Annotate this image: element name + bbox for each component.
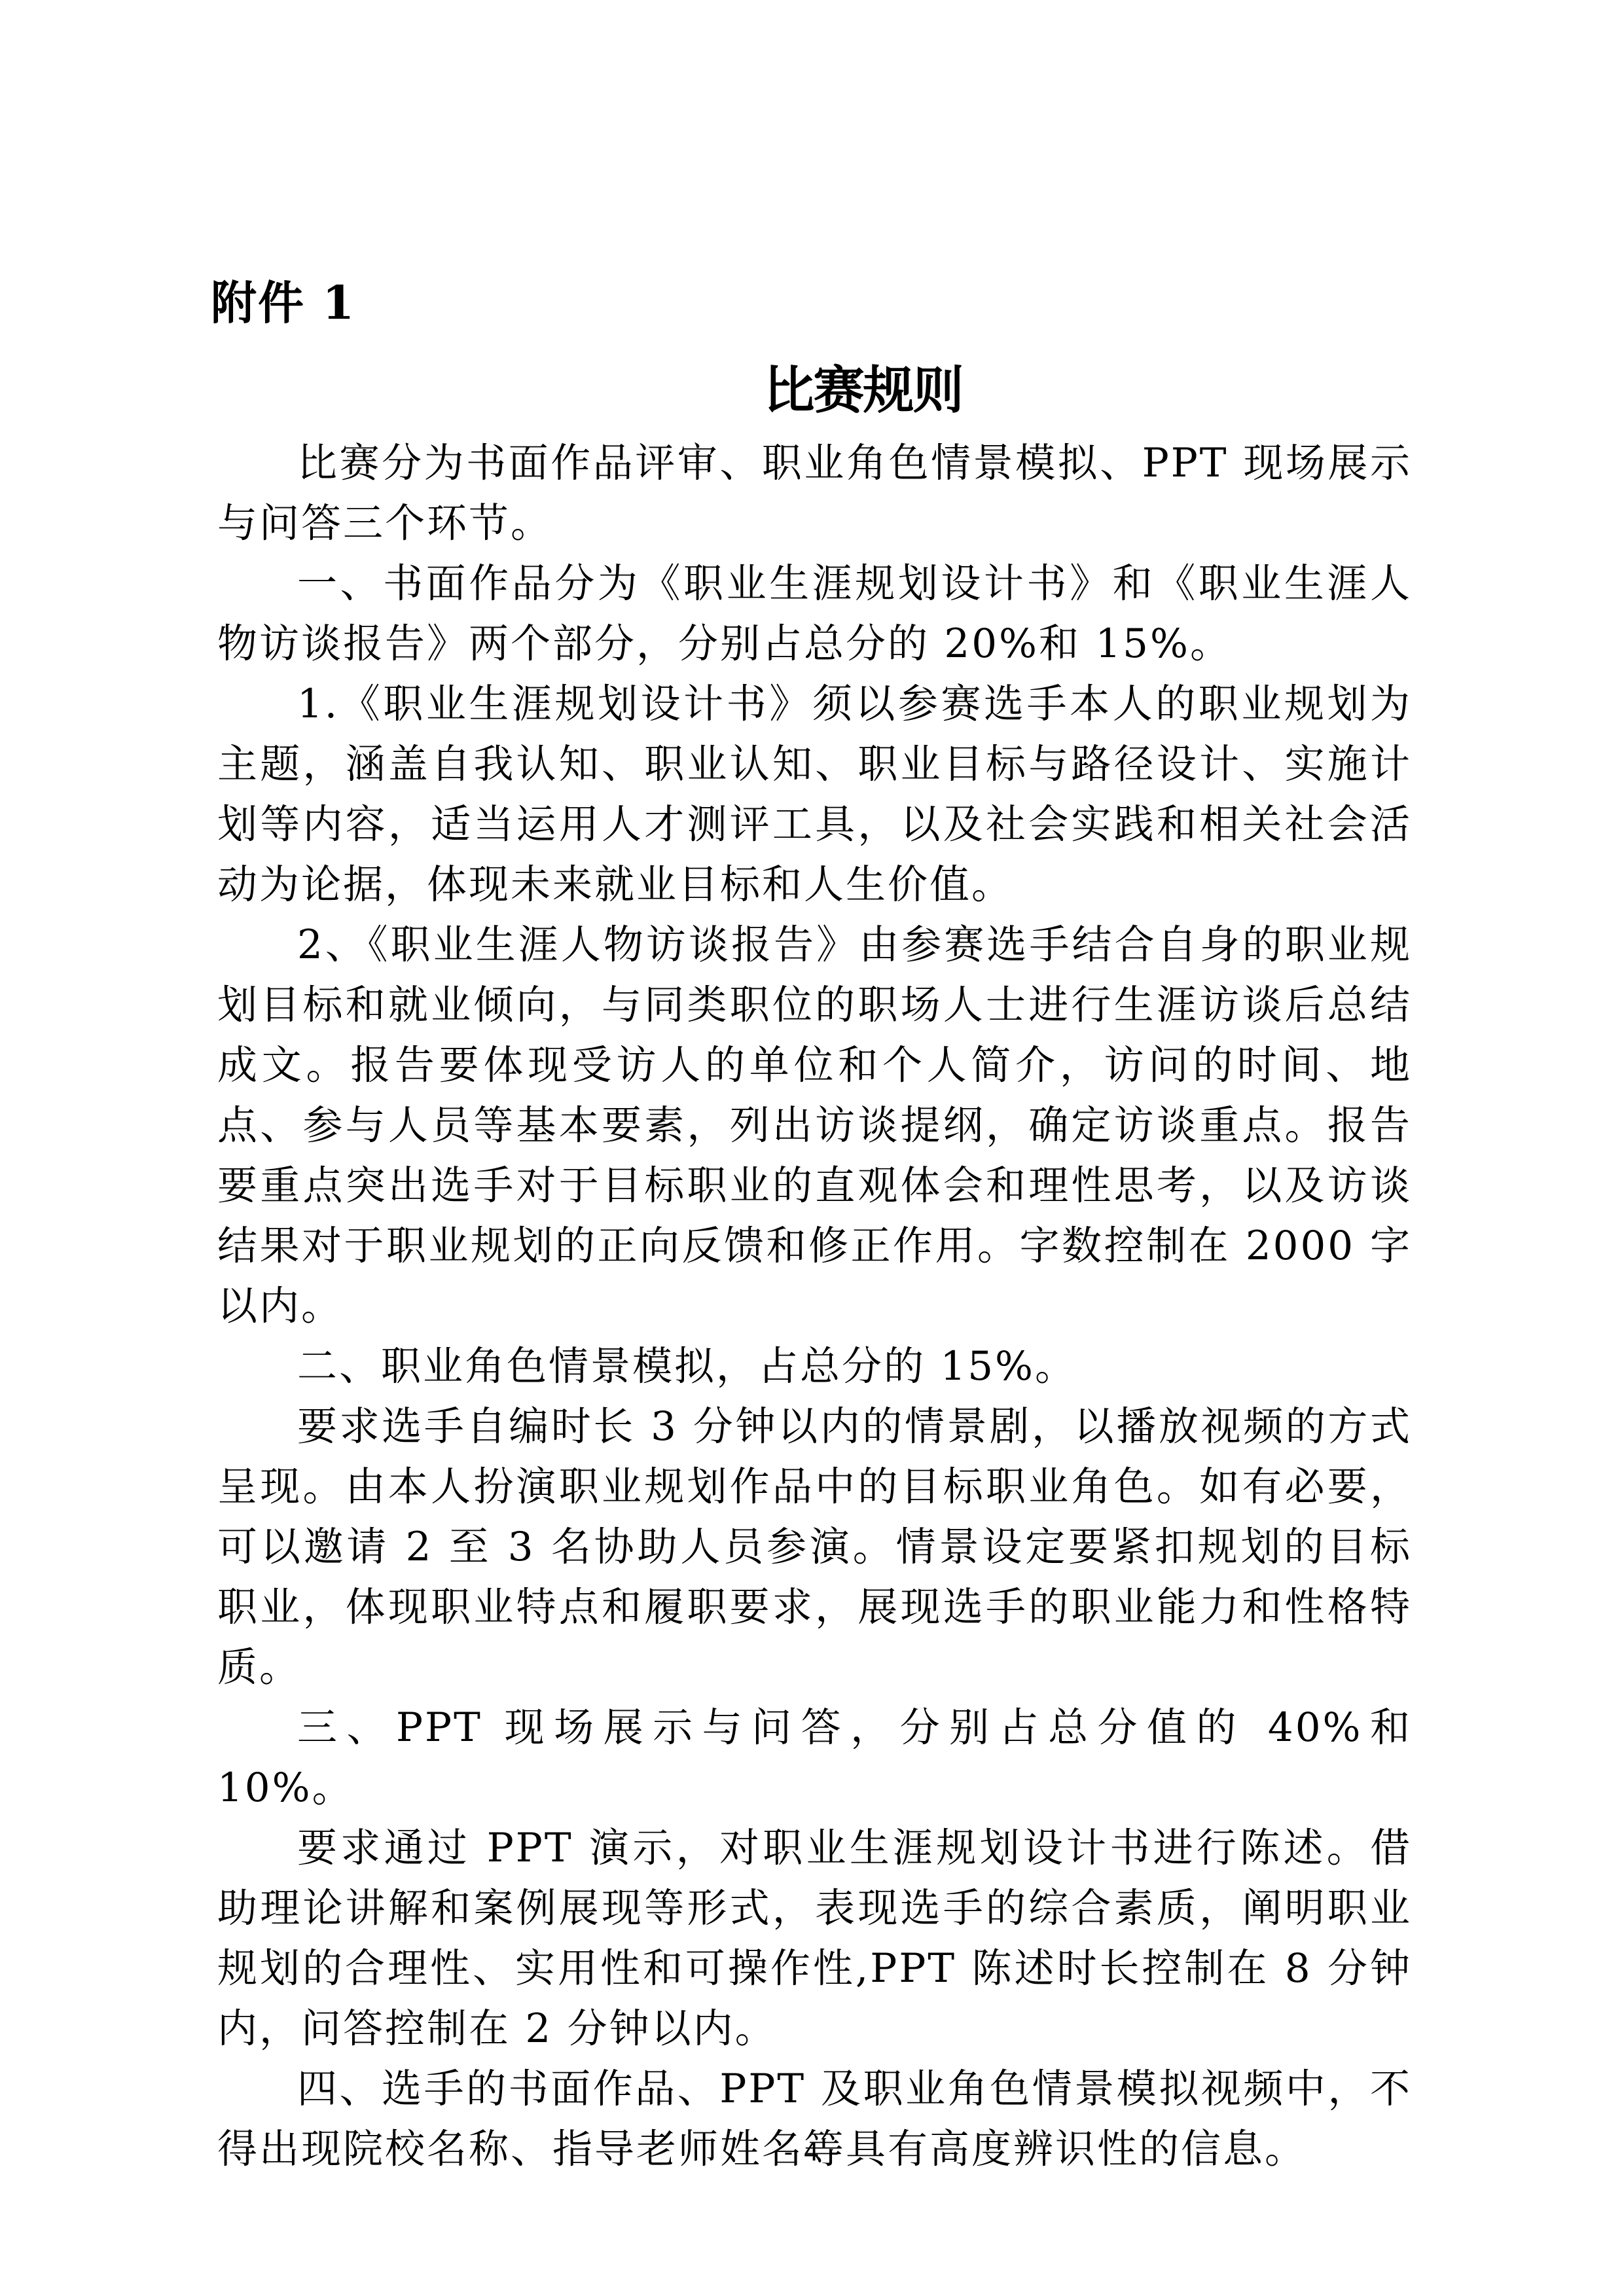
paragraph-intro: 比赛分为书面作品评审、职业角色情景模拟、PPT 现场展示与问答三个环节。 [217,433,1412,554]
paragraph-section-3-detail: 要求通过 PPT 演示，对职业生涯规划设计书进行陈述。借助理论讲解和案例展现等形… [217,1818,1412,2059]
paragraph-section-1-item-1: 1.《职业生涯规划设计书》须以参赛选手本人的职业规划为主题，涵盖自我认知、职业认… [217,674,1412,915]
page-title: 比赛规则 [0,361,1624,420]
page-number: - 4 - [0,2138,1624,2166]
paragraph-section-1-item-2: 2、《职业生涯人物访谈报告》由参赛选手结合自身的职业规划目标和就业倾向，与同类职… [217,915,1412,1336]
attachment-label: 附件 1 [211,278,355,328]
paragraph-section-3: 三、PPT 现场展示与问答，分别占总分值的 40%和 10%。 [217,1698,1412,1818]
paragraph-section-2-detail: 要求选手自编时长 3 分钟以内的情景剧，以播放视频的方式呈现。由本人扮演职业规划… [217,1397,1412,1698]
paragraph-section-2: 二、职业角色情景模拟，占总分的 15%。 [217,1336,1412,1397]
document-page: 附件 1 比赛规则 比赛分为书面作品评审、职业角色情景模拟、PPT 现场展示与问… [0,0,1624,2296]
document-body: 比赛分为书面作品评审、职业角色情景模拟、PPT 现场展示与问答三个环节。 一、书… [217,433,1412,2179]
paragraph-section-1: 一、书面作品分为《职业生涯规划设计书》和《职业生涯人物访谈报告》两个部分，分别占… [217,554,1412,674]
